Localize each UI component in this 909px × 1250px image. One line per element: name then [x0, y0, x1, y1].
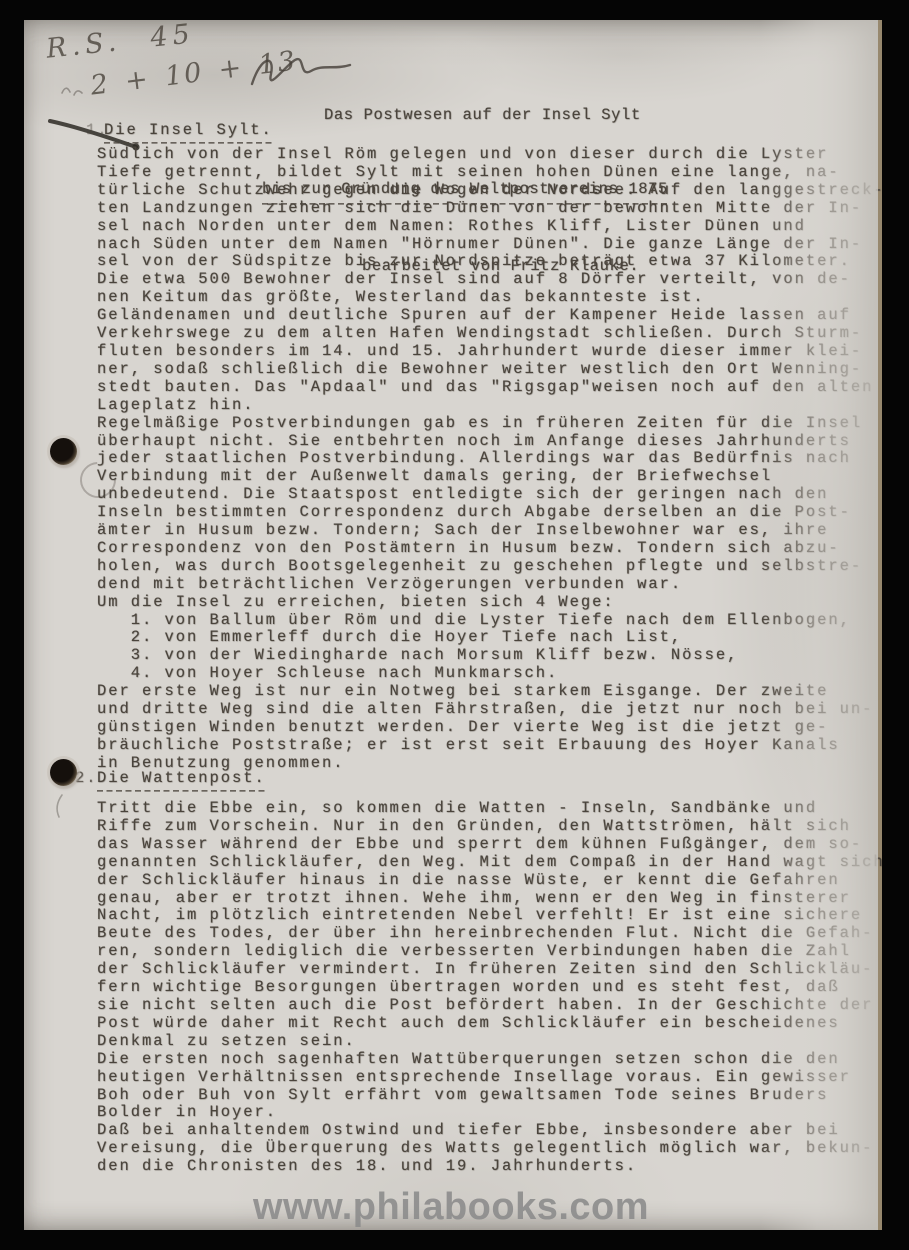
- punch-hole-top: [50, 438, 77, 465]
- section-1-body: Südlich von der Insel Röm gelegen und vo…: [97, 146, 885, 773]
- section-1-heading: Die Insel Sylt.: [104, 122, 273, 144]
- watermark: www.philabooks.com: [24, 1186, 878, 1229]
- title-line-1: Das Postwesen auf der Insel Sylt: [324, 103, 668, 128]
- section-2-body: Tritt die Ebbe ein, so kommen die Watten…: [97, 800, 885, 1176]
- section-2-number: 2.: [75, 770, 98, 788]
- punch-hole-bottom: [50, 759, 77, 786]
- small-scribble-icon: [58, 78, 88, 102]
- handwritten-note-top: R.S. 45: [45, 18, 196, 64]
- section-1-heading-text: Die Insel Sylt.: [104, 122, 273, 144]
- pencil-tick-icon: [50, 792, 70, 820]
- paper: R.S. 45 2 + 10 + 13 Das Postwesen auf de…: [24, 20, 882, 1230]
- section-2-heading: Die Wattenpost.: [97, 770, 266, 792]
- scanned-page: R.S. 45 2 + 10 + 13 Das Postwesen auf de…: [0, 0, 909, 1250]
- section-2-heading-text: Die Wattenpost.: [97, 770, 266, 792]
